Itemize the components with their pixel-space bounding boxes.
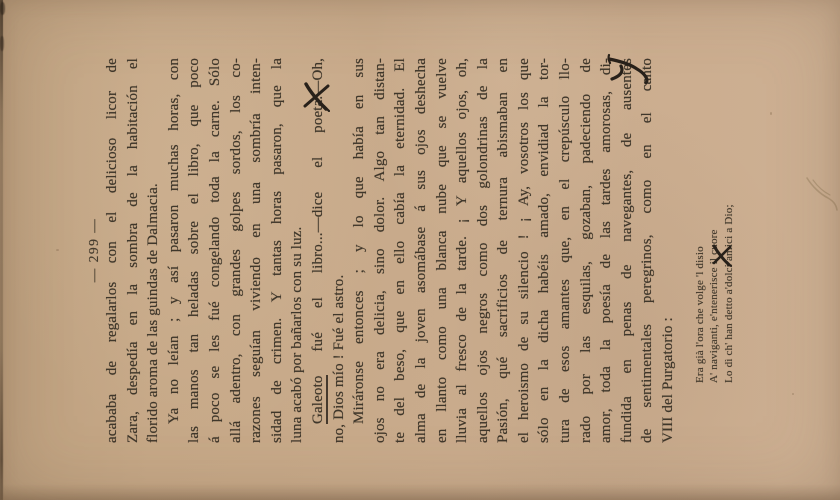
scan-edge-mark [0,36,4,51]
text-line: fundida en penas de navegantes, de ausen… [617,58,638,443]
text-line: VIII del Purgatorio : [658,58,679,443]
text-line: Miráronse entonces ; y lo que había en s… [349,58,370,443]
text-line: ojos no era delicia, sino dolor. Algo ta… [370,58,391,443]
scan-edge-mark [0,2,5,15]
text-line: Zara, despedía en la sombra de la habita… [123,58,144,443]
text-line: alma de la joven asomábase á sus ojos de… [411,58,432,443]
text-line: sidad de crimen. Y tantas horas pasaron,… [267,58,288,443]
text-line: lluvia al fresco de la tarde. ¡ Y aquell… [452,58,473,443]
paper-speck [770,112,772,115]
text-line: no, Dios mío ! Fué el astro. [329,58,350,443]
scan-edge-line [0,0,3,500]
footnote-line: Era già l'ora che volge 'l disio [693,204,707,383]
gutter-shadow [0,484,840,500]
word-galeoto-underlined: Galeoto [310,375,328,424]
paper-speck [792,393,794,395]
text-line: acababa de regalarlos con el delicioso l… [102,58,123,443]
paper-speck [560,78,562,80]
text-line: sólo en la dicha habéis amado, envidiad … [534,58,555,443]
footnote: Era già l'ora che volge 'l disio A' navi… [693,204,736,383]
text-line: amor, toda la poesía de las tardes amoro… [596,58,617,443]
text-line: en llanto como una blanca nube que se vu… [432,58,453,443]
text-line: razones seguían viviendo en una sombría … [246,58,267,443]
book-page: — 299 — acababa de regalarlos con el del… [0,0,840,500]
text-line: á poco se les fué congelando toda la car… [205,58,226,443]
text-line: florido aroma de las guindas de Dalmacia… [143,58,164,443]
text-line: el heroismo de su silencio ! ¡ Ay, vosot… [514,58,535,443]
text-line: rado por las esquilas, gozaban, padecien… [576,58,597,443]
handwritten-footnote-x-mark [712,244,732,267]
text-line: de sentimentales peregrinos, como en el … [637,58,658,443]
paper-speck [640,437,642,440]
body-text: acababa de regalarlos con el delicioso l… [102,58,679,443]
pencil-squiggle [804,174,840,214]
text-line: luna acabó por bañarlos con su luz. [287,58,308,443]
footnote-line: A' naviganti, e'ntenerisce il cuore [707,204,721,383]
book-scan: — 299 — acababa de regalarlos con el del… [0,0,840,500]
text-line: tura de esos amantes que, en el crepúscu… [555,58,576,443]
text-line: aquellos ojos negros como dos golondrina… [473,58,494,443]
text-line: allá adentro, con grandes golpes sordos,… [226,58,247,443]
text-line: las manos tan heladas sobre el libro, qu… [184,58,205,443]
text-line-galeoto: Galeoto fué el libro...—dice el poeta.—O… [308,58,329,443]
text-line: te del beso, que en ello cabía la eterni… [390,58,411,443]
handwritten-x-mark [303,81,330,112]
footnote-line: Lo dì ch' han detto a'dolci amici a Dio; [722,204,736,383]
paper-speck [56,249,59,251]
text-line: Ya no leían ; y así pasaron muchas horas… [164,58,185,443]
page-number: — 299 — [86,0,102,500]
text-line: Pasión, qué sacrificios de ternura abism… [493,58,514,443]
handwritten-y-mark [607,49,653,85]
